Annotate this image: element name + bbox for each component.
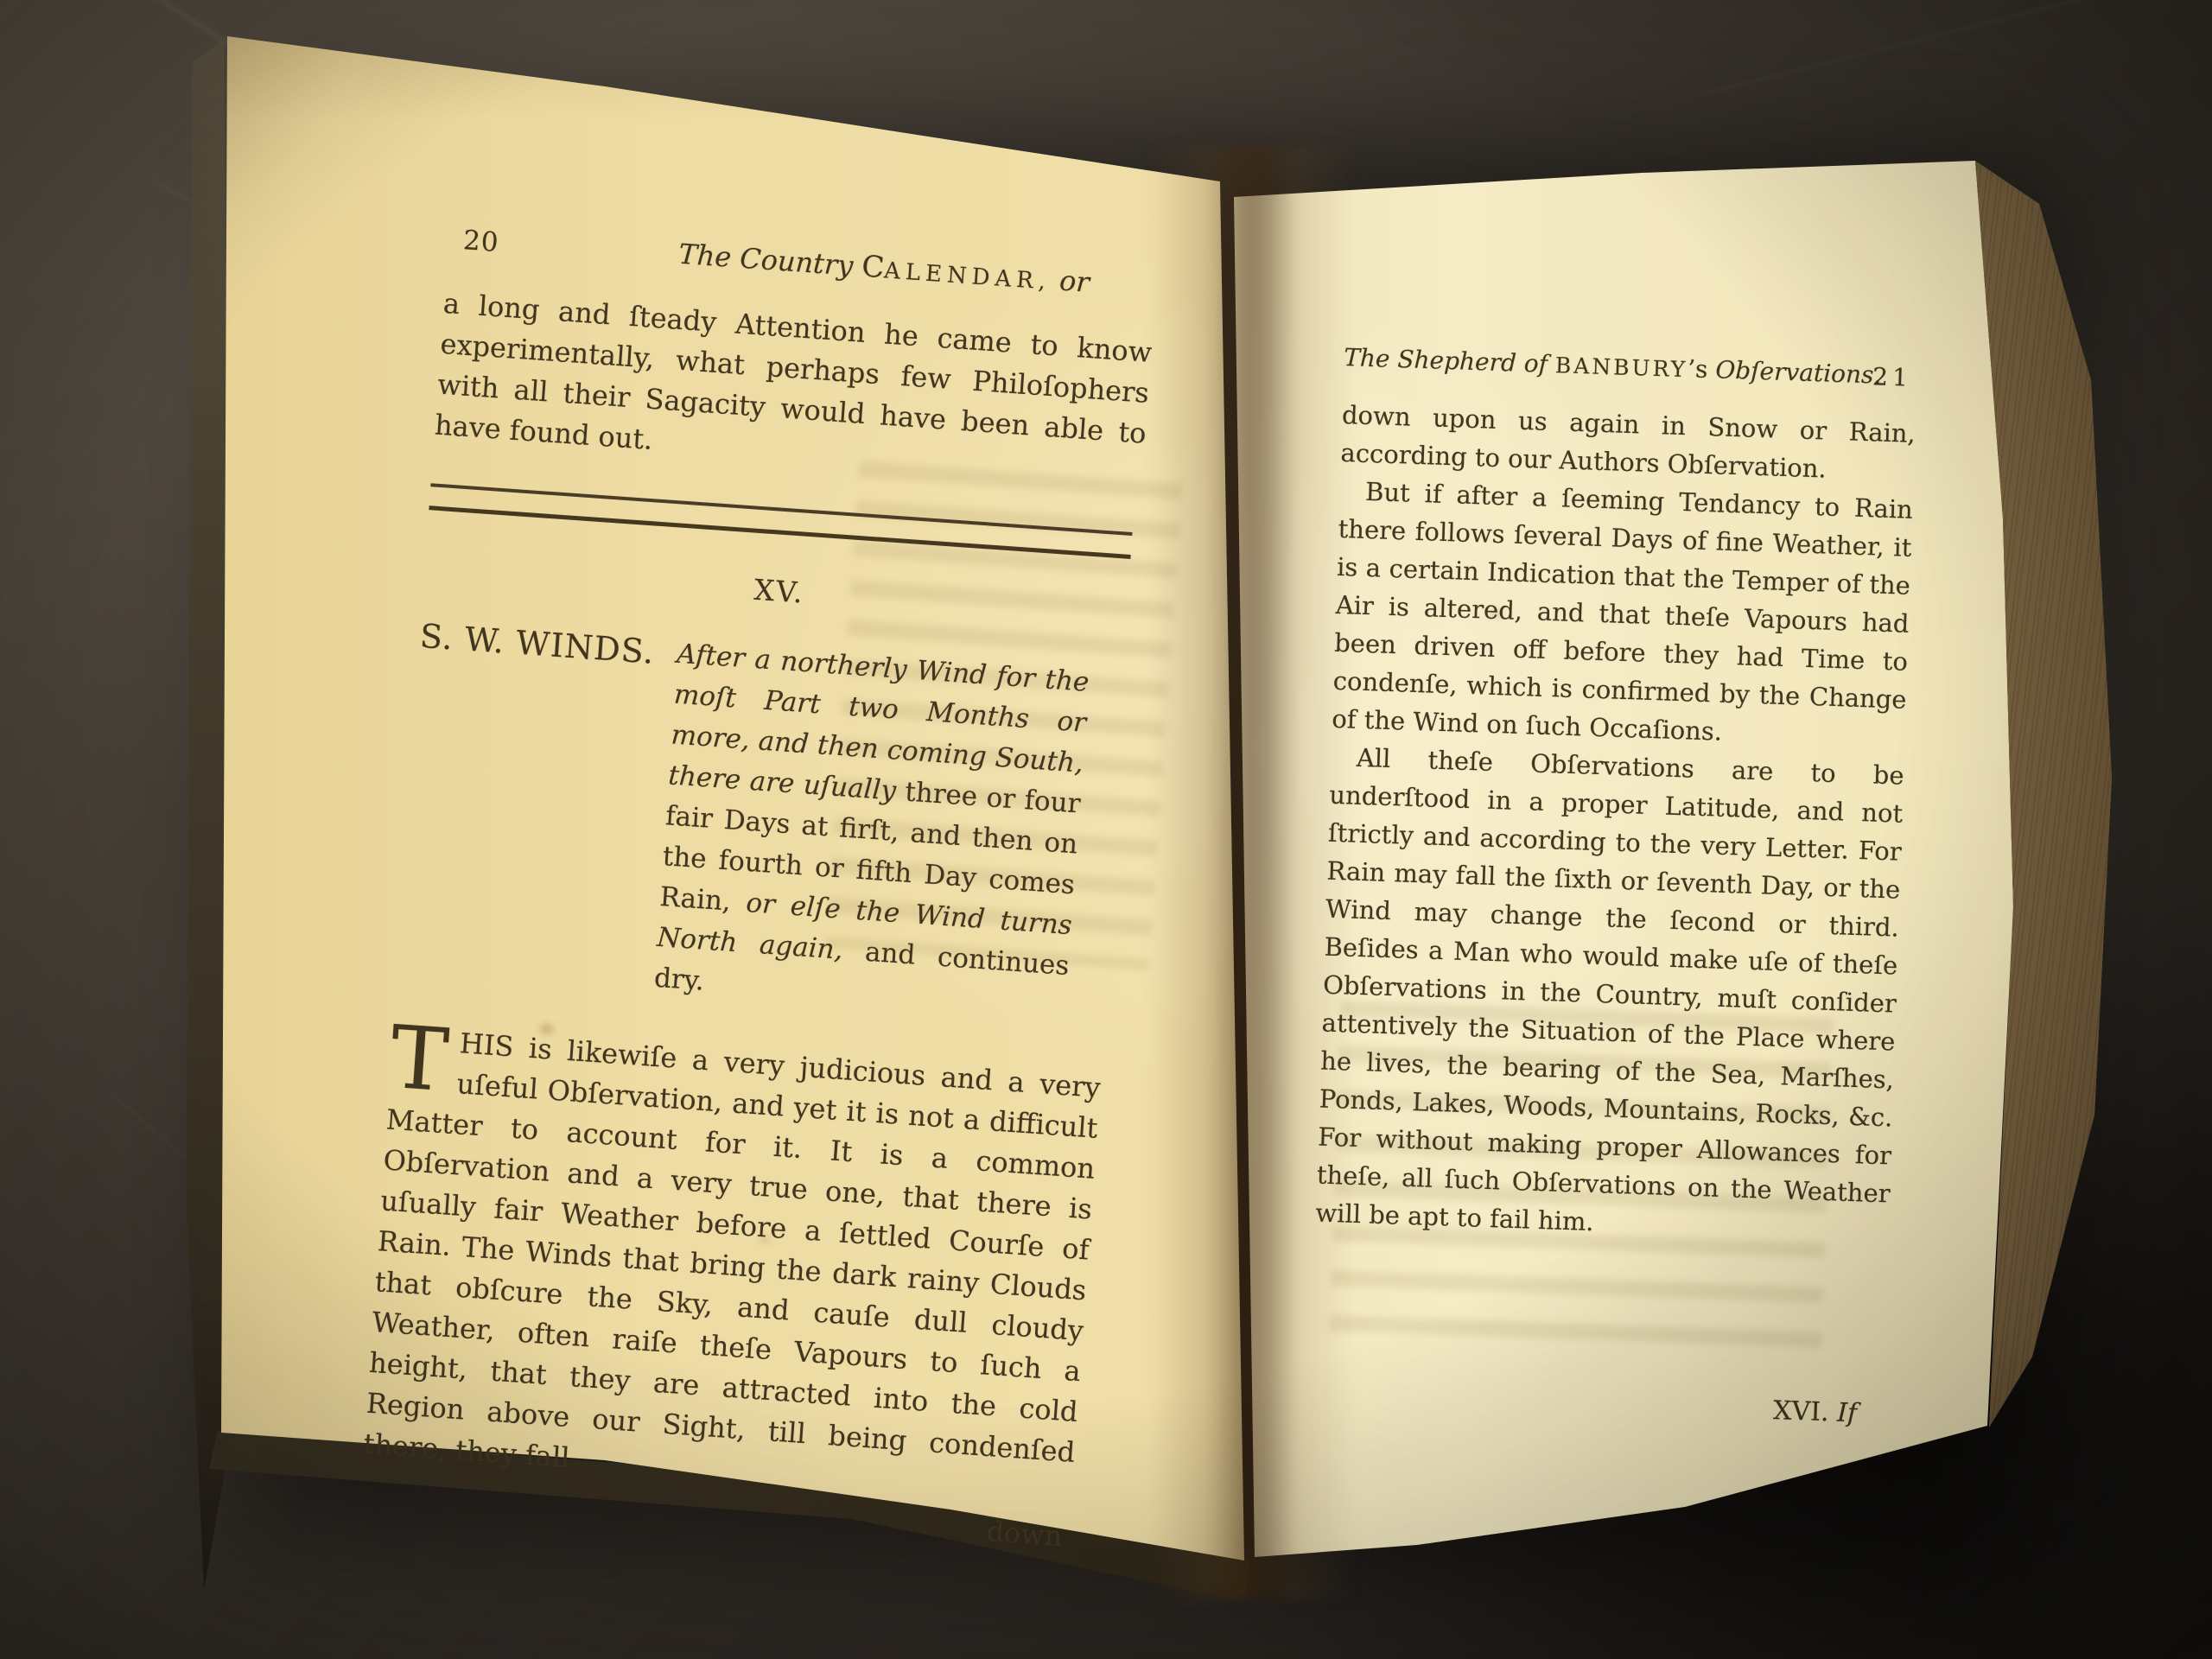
section-number: XV. [423,546,1135,636]
quote-italic-segment: After a northerly Wind for the moſt Part… [667,639,1090,808]
running-title-left-post: or [1058,264,1090,298]
running-title-right-possessive: ’s [1688,354,1708,384]
body-paragraph: THIS is likewiſe a very judicious and a … [362,1019,1102,1514]
paragraph: All theſe Obſervations are to be underſt… [1315,738,1905,1251]
drop-cap: T [388,1019,461,1096]
running-title-left-pre: The Country [677,238,854,283]
observation-label: S. W. WINDS. [396,616,678,999]
observation-block: S. W. WINDS. After a northerly Wind for … [396,616,1130,1030]
paragraph-continuation: a long and ſteady Attention he came to k… [434,283,1154,495]
page-number-right: 21 [1872,358,1912,397]
running-title-left-caps: ALENDAR, [883,257,1052,295]
running-title-left-initial: C [861,249,886,285]
catchword-chapter: XVI. [1773,1395,1830,1427]
section-divider-rule [429,483,1132,559]
background-scratch [1700,0,2171,96]
running-title-right-caps: BANBURY [1554,353,1688,382]
running-title-right-post: Obſervations. [1715,355,1882,389]
catchword-word: If [1837,1398,1858,1429]
running-title-right-pre: The Shepherd of [1344,343,1548,378]
paragraph: But if after a ſeeming Tendancy to Rain … [1332,472,1914,757]
observation-quote: After a northerly Wind for the moſt Part… [652,634,1090,1027]
page-number-left: 20 [462,220,501,264]
body-text: is likewiſe a very judicious and a very … [362,1031,1101,1475]
first-word-caps: HIS [459,1027,515,1063]
book-photo: 20 The Country CALENDAR, or a long and ſ… [0,0,2212,1659]
left-page-text: 20 The Country CALENDAR, or a long and ſ… [359,218,1158,1558]
right-page-text: The Shepherd of BANBURY’s Obſervations. … [1309,339,1918,1433]
